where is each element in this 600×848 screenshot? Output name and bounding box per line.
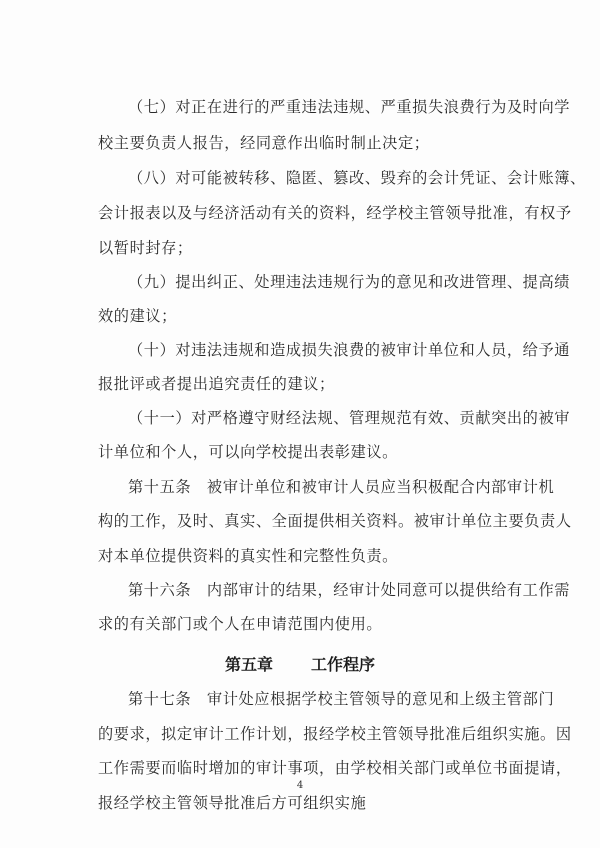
text-line: 第十五条 被审计单位和被审计人员应当积极配合内部审计机 (128, 477, 554, 497)
text-line: 的要求，拟定审计工作计划，报经学校主管领导批准后组织实施。因 (98, 724, 572, 744)
text-line: 第十六条 内部审计的结果，经审计处同意可以提供给有工作需 (128, 580, 570, 600)
text-line: 会计报表以及与经济活动有关的资料，经学校主管领导批准，有权予 (98, 203, 572, 223)
text-line: 工作需要而临时增加的审计事项，由学校相关部门或单位书面提请， (98, 758, 572, 778)
text-line: 对本单位提供资料的真实性和完整性负责。 (98, 546, 398, 566)
text-line: 校主要负责人报告，经同意作出临时制止决定； (98, 133, 430, 153)
text-line: 效的建议； (98, 306, 177, 326)
document-page: （七）对正在进行的严重违法违规、严重损失浪费行为及时向学校主要负责人报告，经同意… (0, 0, 600, 848)
chapter-heading: 第五章工作程序 (0, 655, 600, 675)
text-line: （七）对正在进行的严重违法违规、严重损失浪费行为及时向学 (128, 97, 570, 117)
text-line: 报批评或者提出追究责任的建议； (98, 374, 335, 394)
chapter-number: 第五章 (225, 655, 273, 675)
text-line: 构的工作，及时、真实、全面提供相关资料。被审计单位主要负责人 (98, 511, 572, 531)
chapter-title: 工作程序 (311, 655, 375, 675)
text-line: 报经学校主管领导批准后方可组织实施 (98, 793, 366, 813)
page-number: 4 (0, 780, 600, 791)
text-line: （九）提出纠正、处理违法违规行为的意见和改进管理、提高绩 (128, 272, 570, 292)
text-line: 以暂时封存； (98, 238, 193, 258)
text-line: （十）对违法违规和造成损失浪费的被审计单位和人员，给予通 (128, 340, 570, 360)
text-line: （十一）对严格遵守财经法规、管理规范有效、贡献突出的被审 (128, 408, 570, 428)
text-line: 求的有关部门或个人在申请范围内使用。 (98, 614, 382, 634)
text-line: （八）对可能被转移、隐匿、篡改、毁弃的会计凭证、会计账簿、 (128, 168, 586, 188)
text-line: 计单位和个人，可以向学校提出表彰建议。 (98, 442, 398, 462)
text-line: 第十七条 审计处应根据学校主管领导的意见和上级主管部门 (128, 689, 554, 709)
